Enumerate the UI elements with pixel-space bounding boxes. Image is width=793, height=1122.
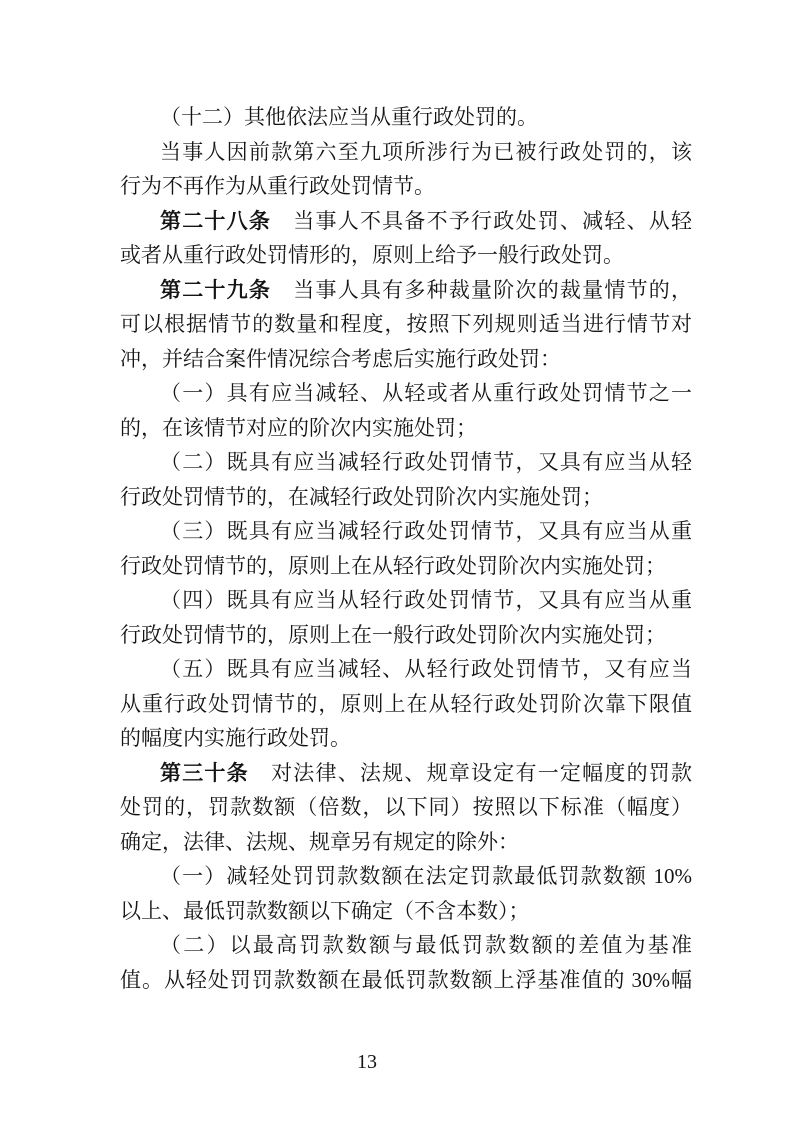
- text-line: 处罚的，罚款数额（倍数，以下同）按照以下标准（幅度）: [120, 790, 692, 825]
- text-line: 行政处罚情节的，原则上在从轻行政处罚阶次内实施处罚；: [120, 549, 692, 584]
- text-line: （三）既具有应当减轻行政处罚情节，又具有应当从重: [120, 514, 692, 549]
- article-number: 第二十九条: [160, 278, 271, 302]
- text-line: 以上、最低罚款数额以下确定（不含本数）；: [120, 894, 692, 929]
- document-page: （十二）其他依法应当从重行政处罚的。当事人因前款第六至九项所涉行为已被行政处罚的…: [0, 0, 793, 1122]
- text-line: 值。从轻处罚罚款数额在最低罚款数额上浮基准值的 30%幅: [120, 963, 692, 998]
- text-line: 当事人因前款第六至九项所涉行为已被行政处罚的，该: [120, 135, 692, 170]
- text-line: （五）既具有应当减轻、从轻行政处罚情节，又有应当: [120, 652, 692, 687]
- text-line: （十二）其他依法应当从重行政处罚的。: [120, 100, 692, 135]
- text-column: （十二）其他依法应当从重行政处罚的。当事人因前款第六至九项所涉行为已被行政处罚的…: [120, 100, 692, 997]
- text-line: 冲，并结合案件情况综合考虑后实施行政处罚：: [120, 342, 692, 377]
- text-line: 第二十九条 当事人具有多种裁量阶次的裁量情节的，: [120, 273, 692, 308]
- text-line: 确定，法律、法规、规章另有规定的除外：: [120, 825, 692, 860]
- text-line: （四）既具有应当从轻行政处罚情节，又具有应当从重: [120, 583, 692, 618]
- text-line: 行政处罚情节的，在减轻行政处罚阶次内实施处罚；: [120, 480, 692, 515]
- text-line: 从重行政处罚情节的，原则上在从轻行政处罚阶次靠下限值: [120, 687, 692, 722]
- text-line: 可以根据情节的数量和程度，按照下列规则适当进行情节对: [120, 307, 692, 342]
- text-line: 行政处罚情节的，原则上在一般行政处罚阶次内实施处罚；: [120, 618, 692, 653]
- page-number: 13: [0, 1048, 734, 1076]
- text-line: （二）以最高罚款数额与最低罚款数额的差值为基准: [120, 928, 692, 963]
- text-line: 的，在该情节对应的阶次内实施处罚；: [120, 411, 692, 446]
- text-line: 第二十八条 当事人不具备不予行政处罚、减轻、从轻: [120, 204, 692, 239]
- text-line: （二）既具有应当减轻行政处罚情节，又具有应当从轻: [120, 445, 692, 480]
- text-line: 的幅度内实施行政处罚。: [120, 721, 692, 756]
- text-line: （一）减轻处罚罚款数额在法定罚款最低罚款数额 10%: [120, 859, 692, 894]
- article-number: 第二十八条: [160, 209, 271, 233]
- article-number: 第三十条: [160, 761, 249, 785]
- text-line: （一）具有应当减轻、从轻或者从重行政处罚情节之一: [120, 376, 692, 411]
- text-line: 第三十条 对法律、法规、规章设定有一定幅度的罚款: [120, 756, 692, 791]
- text-line: 或者从重行政处罚情形的，原则上给予一般行政处罚。: [120, 238, 692, 273]
- text-line: 行为不再作为从重行政处罚情节。: [120, 169, 692, 204]
